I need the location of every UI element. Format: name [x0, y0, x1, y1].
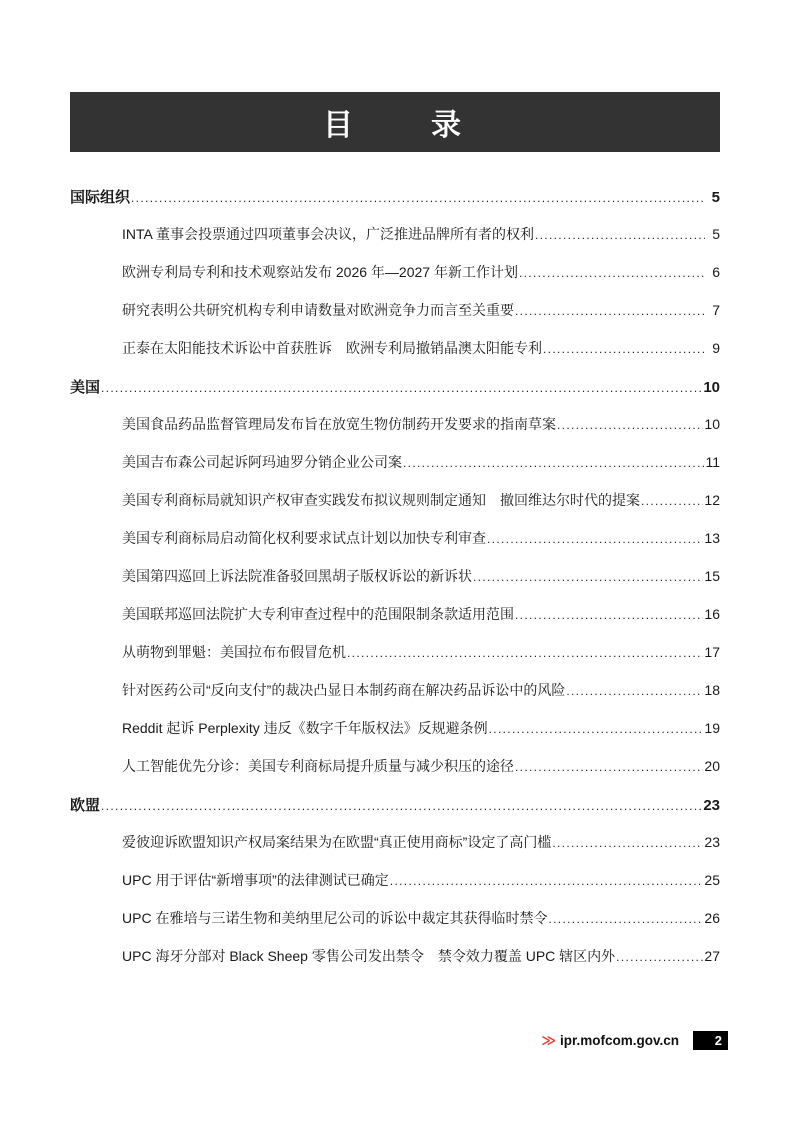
dot-leader: [515, 606, 703, 622]
toc-entry-row[interactable]: 美国专利商标局启动简化权利要求试点计划以加快专利审查 13: [70, 528, 720, 545]
toc-entry-label: 从萌物到罪魁：美国拉布布假冒危机: [122, 642, 346, 662]
document-page: 目 录 国际组织 5 INTA 董事会投票通过四项董事会决议，广泛推进品牌所有者…: [0, 0, 794, 1123]
dot-leader: [552, 834, 703, 850]
dot-leader: [543, 340, 705, 356]
toc-section-row[interactable]: 欧盟 23: [70, 794, 720, 811]
toc-page-number: 10: [704, 416, 720, 432]
dot-leader: [131, 189, 705, 206]
toc-page-number: 16: [704, 606, 720, 622]
toc-entry-row[interactable]: 美国联邦巡回法院扩大专利审查过程中的范围限制条款适用范围 16: [70, 604, 720, 621]
toc-entry-row[interactable]: 针对医药公司“反向支付”的裁决凸显日本制药商在解决药品诉讼中的风险 18: [70, 680, 720, 697]
toc-entry-label: 研究表明公共研究机构专利申请数量对欧洲竞争力而言至关重要: [122, 300, 514, 320]
toc-page-number: 18: [704, 682, 720, 698]
toc-entry-row[interactable]: 研究表明公共研究机构专利申请数量对欧洲竞争力而言至关重要 7: [70, 300, 720, 317]
toc-page-number: 25: [704, 872, 720, 888]
toc-title-bar: 目 录: [70, 92, 720, 152]
toc-page-number: 19: [704, 720, 720, 736]
dot-leader: [548, 910, 703, 926]
dot-leader: [487, 530, 703, 546]
page-footer: ≫ ipr.mofcom.gov.cn 2: [541, 1031, 728, 1050]
toc-entry-row[interactable]: Reddit 起诉 Perplexity 违反《数字千年版权法》反规避条例 19: [70, 718, 720, 735]
toc-entry-label: 欧洲专利局专利和技术观察站发布 2026 年—2027 年新工作计划: [122, 262, 518, 282]
dot-leader: [519, 264, 705, 280]
toc-page-number: 23: [704, 834, 720, 850]
toc-entry-row[interactable]: UPC 海牙分部对 Black Sheep 零售公司发出禁令 禁令效力覆盖 UP…: [70, 946, 720, 963]
toc-entry-label: 美国联邦巡回法院扩大专利审查过程中的范围限制条款适用范围: [122, 604, 514, 624]
dot-leader: [641, 492, 703, 508]
toc-entry-label: 美国食品药品监督管理局发布旨在放宽生物仿制药开发要求的指南草案: [122, 414, 556, 434]
toc-entry-label: Reddit 起诉 Perplexity 违反《数字千年版权法》反规避条例: [122, 718, 488, 738]
toc-page-number: 9: [706, 340, 720, 356]
toc-entry-row[interactable]: 美国第四巡回上诉法院准备驳回黑胡子版权诉讼的新诉状 15: [70, 566, 720, 583]
toc-page-number: 27: [704, 948, 720, 964]
toc-entry-row[interactable]: 爱彼迎诉欧盟知识产权局案结果为在欧盟“真正使用商标”设定了高门槛 23: [70, 832, 720, 849]
toc-entry-label: 美国专利商标局启动简化权利要求试点计划以加快专利审查: [122, 528, 486, 548]
toc-page-number: 15: [704, 568, 720, 584]
dot-leader: [515, 758, 703, 774]
toc-page-number: 13: [704, 530, 720, 546]
toc-entry-label: 正泰在太阳能技术诉讼中首获胜诉 欧洲专利局撤销晶澳太阳能专利: [122, 338, 542, 358]
toc-page-number: 20: [704, 758, 720, 774]
dot-leader: [557, 416, 703, 432]
dot-leader: [101, 379, 702, 396]
toc-entry-row[interactable]: 欧洲专利局专利和技术观察站发布 2026 年—2027 年新工作计划 6: [70, 262, 720, 279]
dot-leader: [473, 568, 703, 584]
table-of-contents: 国际组织 5 INTA 董事会投票通过四项董事会决议，广泛推进品牌所有者的权利 …: [70, 186, 720, 984]
toc-entry-row[interactable]: 从萌物到罪魁：美国拉布布假冒危机 17: [70, 642, 720, 659]
toc-entry-label: INTA 董事会投票通过四项董事会决议，广泛推进品牌所有者的权利: [122, 224, 534, 244]
dot-leader: [566, 682, 703, 698]
dot-leader: [535, 226, 705, 242]
toc-entry-label: 人工智能优先分诊：美国专利商标局提升质量与减少积压的途径: [122, 756, 514, 776]
toc-entry-label: 欧盟: [70, 794, 100, 815]
dot-leader: [347, 644, 703, 660]
toc-entry-label: UPC 海牙分部对 Black Sheep 零售公司发出禁令 禁令效力覆盖 UP…: [122, 946, 615, 966]
toc-entry-label: 美国专利商标局就知识产权审查实践发布拟议规则制定通知 撤回维达尔时代的提案: [122, 490, 640, 510]
toc-entry-label: 美国第四巡回上诉法院准备驳回黑胡子版权诉讼的新诉状: [122, 566, 472, 586]
toc-page-number: 6: [706, 264, 720, 280]
toc-page-number: 10: [703, 379, 720, 396]
toc-entry-label: UPC 在雅培与三诺生物和美纳里尼公司的诉讼中裁定其获得临时禁令: [122, 908, 547, 928]
toc-entry-label: 美国: [70, 376, 100, 397]
toc-page-number: 11: [705, 454, 720, 470]
toc-entry-row[interactable]: INTA 董事会投票通过四项董事会决议，广泛推进品牌所有者的权利 5: [70, 224, 720, 241]
toc-page-number: 26: [704, 910, 720, 926]
toc-entry-label: UPC 用于评估“新增事项”的法律测试已确定: [122, 870, 389, 890]
toc-entry-label: 针对医药公司“反向支付”的裁决凸显日本制药商在解决药品诉讼中的风险: [122, 680, 565, 700]
toc-section-row[interactable]: 美国 10: [70, 376, 720, 393]
toc-entry-row[interactable]: UPC 用于评估“新增事项”的法律测试已确定 25: [70, 870, 720, 887]
toc-page-number: 12: [704, 492, 720, 508]
dot-leader: [390, 872, 704, 888]
toc-entry-row[interactable]: 人工智能优先分诊：美国专利商标局提升质量与减少积压的途径 20: [70, 756, 720, 773]
dot-leader: [616, 948, 703, 964]
toc-entry-label: 爱彼迎诉欧盟知识产权局案结果为在欧盟“真正使用商标”设定了高门槛: [122, 832, 551, 852]
double-chevron-icon: ≫: [541, 1032, 554, 1049]
toc-entry-row[interactable]: 美国食品药品监督管理局发布旨在放宽生物仿制药开发要求的指南草案 10: [70, 414, 720, 431]
toc-page-number: 5: [706, 226, 720, 242]
dot-leader: [403, 454, 704, 470]
toc-entry-label: 国际组织: [70, 186, 130, 207]
dot-leader: [101, 797, 702, 814]
toc-page-number: 17: [704, 644, 720, 660]
toc-page-number: 23: [703, 797, 720, 814]
footer-site-url: ipr.mofcom.gov.cn: [560, 1033, 679, 1048]
toc-entry-row[interactable]: 美国专利商标局就知识产权审查实践发布拟议规则制定通知 撤回维达尔时代的提案 12: [70, 490, 720, 507]
toc-page-number: 5: [706, 189, 720, 206]
page-title: 目 录: [323, 100, 467, 144]
page-number-badge: 2: [693, 1031, 728, 1050]
toc-entry-row[interactable]: UPC 在雅培与三诺生物和美纳里尼公司的诉讼中裁定其获得临时禁令 26: [70, 908, 720, 925]
toc-entry-row[interactable]: 正泰在太阳能技术诉讼中首获胜诉 欧洲专利局撤销晶澳太阳能专利 9: [70, 338, 720, 355]
toc-entry-row[interactable]: 美国吉布森公司起诉阿玛迪罗分销企业公司案 11: [70, 452, 720, 469]
toc-section-row[interactable]: 国际组织 5: [70, 186, 720, 203]
dot-leader: [489, 720, 704, 736]
toc-page-number: 7: [706, 302, 720, 318]
toc-entry-label: 美国吉布森公司起诉阿玛迪罗分销企业公司案: [122, 452, 402, 472]
dot-leader: [515, 302, 705, 318]
